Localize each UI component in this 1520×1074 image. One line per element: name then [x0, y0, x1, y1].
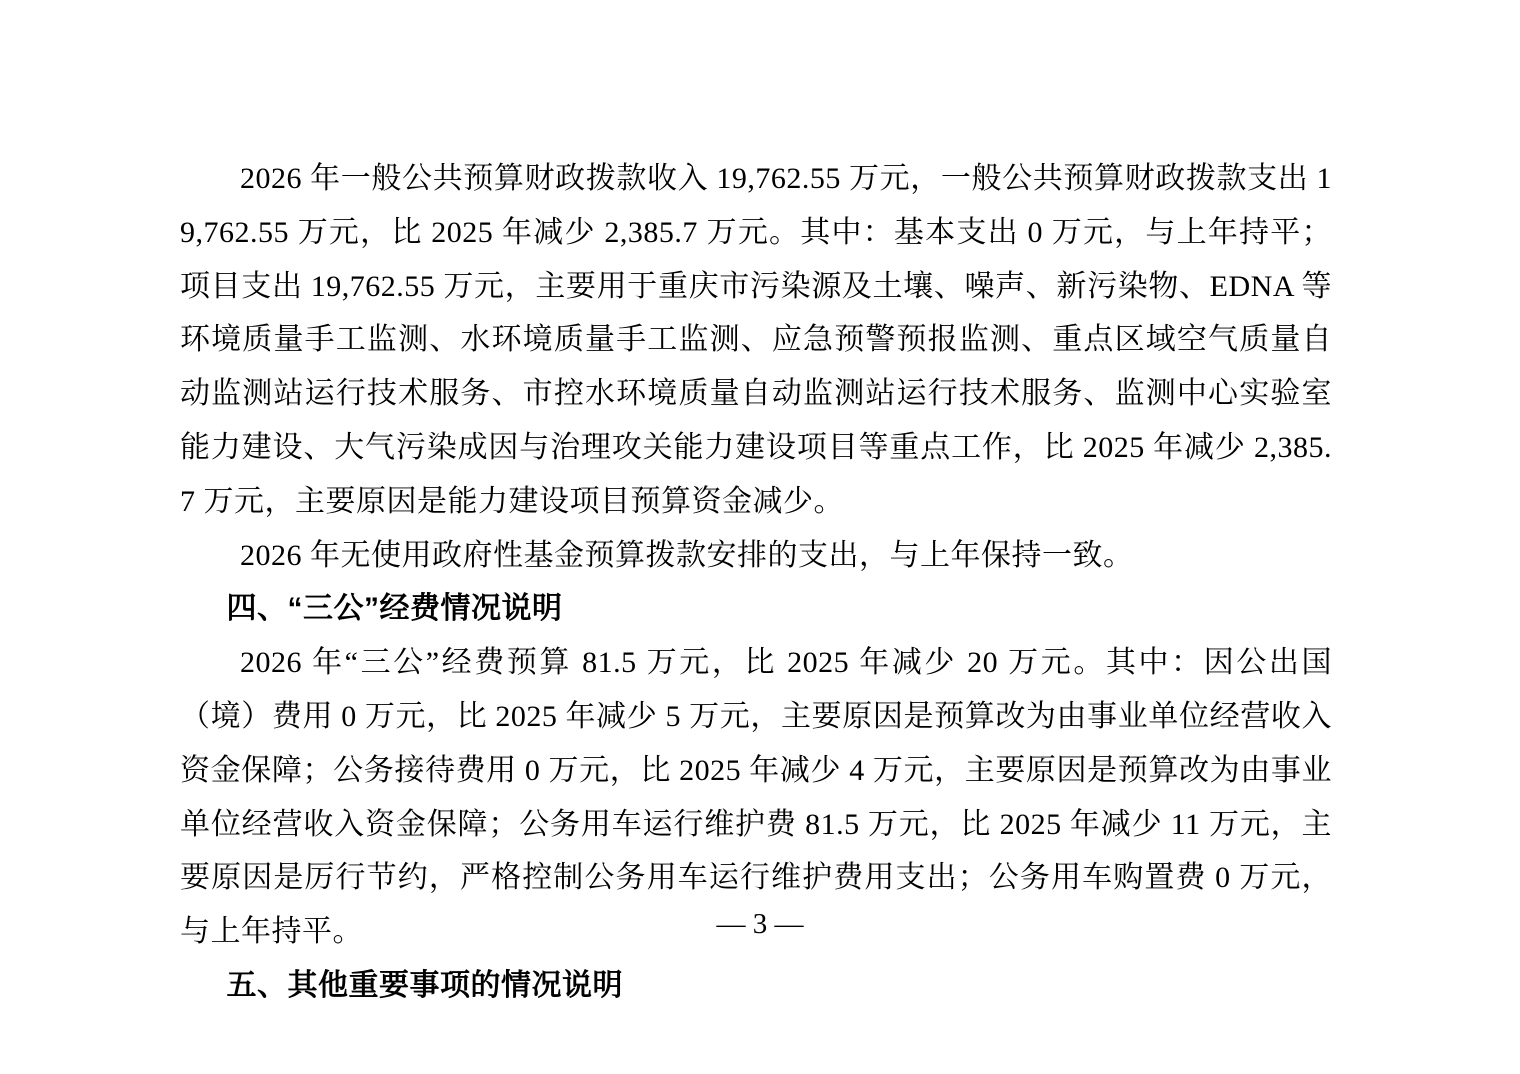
section-heading: 五、其他重要事项的情况说明: [180, 959, 1332, 1013]
page-number: — 3 —: [0, 908, 1520, 941]
document-page: 2026 年一般公共预算财政拨款收入 19,762.55 万元，一般公共预算财政…: [0, 0, 1520, 1074]
section-heading: 四、“三公”经费情况说明: [180, 582, 1332, 636]
paragraph: 2026 年无使用政府性基金预算拨款安排的支出，与上年保持一致。: [180, 529, 1332, 583]
document-body: 2026 年一般公共预算财政拨款收入 19,762.55 万元，一般公共预算财政…: [180, 152, 1332, 1013]
paragraph: 2026 年一般公共预算财政拨款收入 19,762.55 万元，一般公共预算财政…: [180, 152, 1332, 529]
